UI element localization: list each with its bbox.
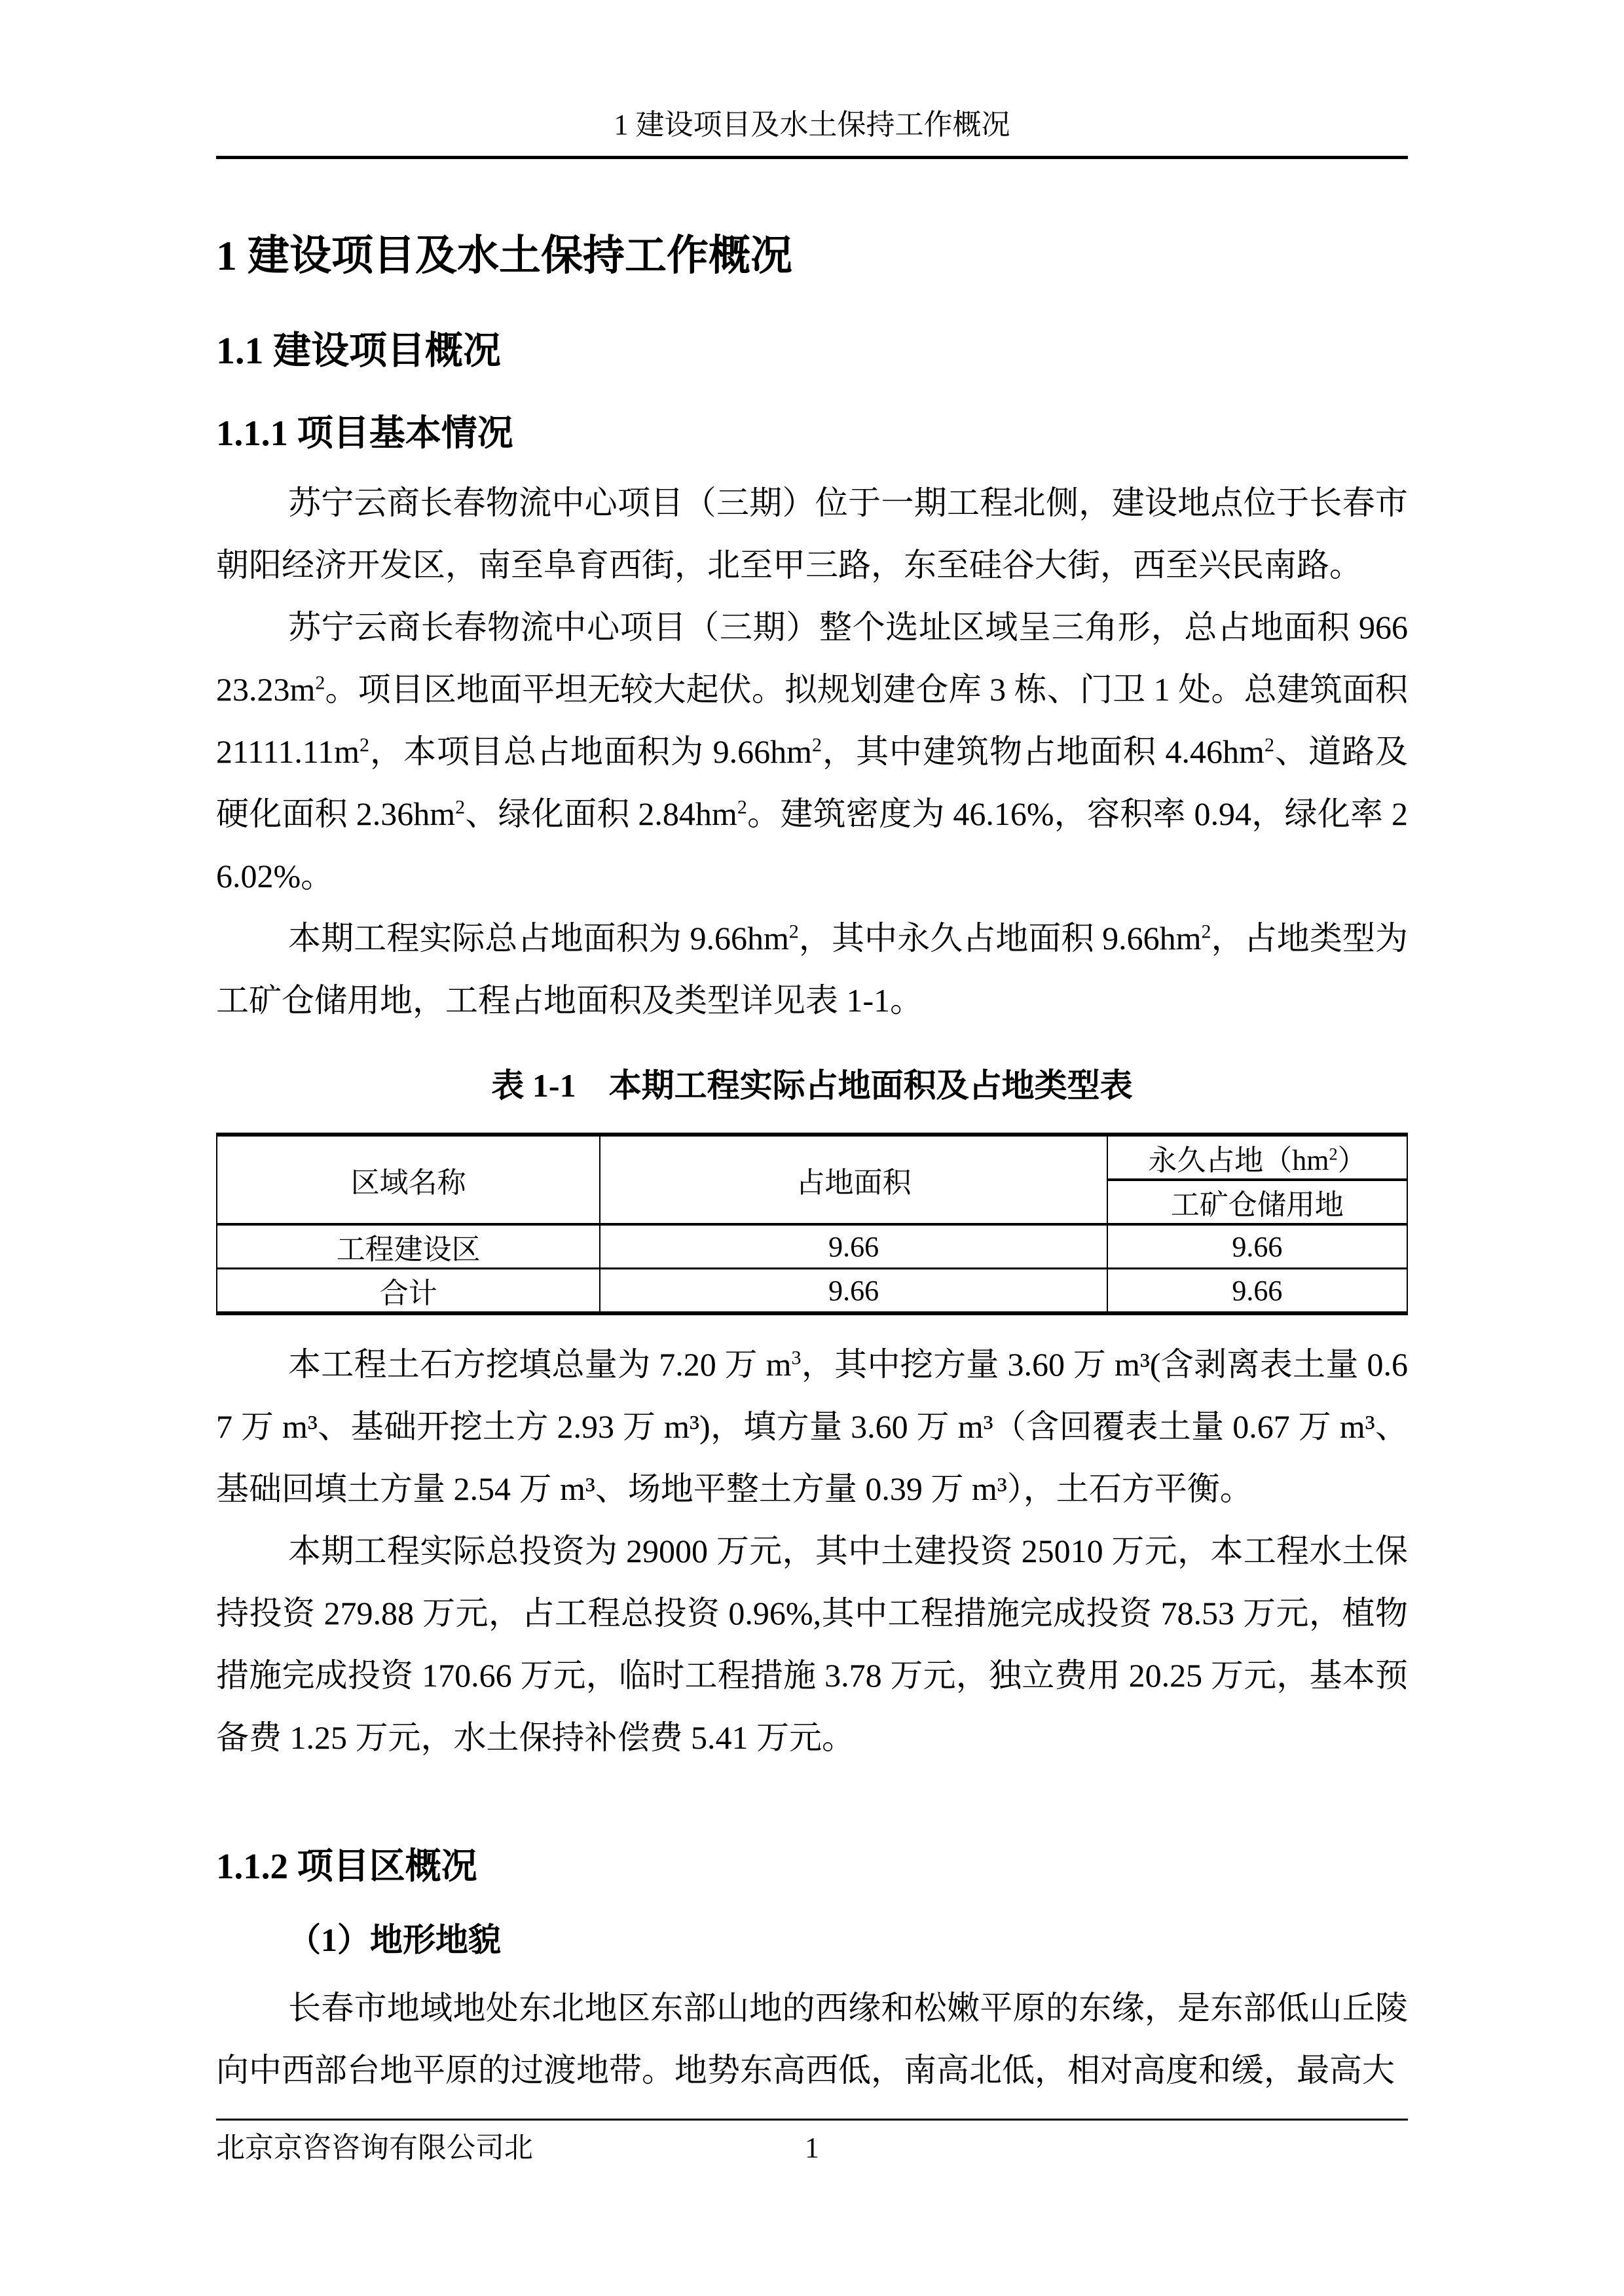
section-heading-1-1-2: 1.1.2 项目区概况 [216, 1846, 1408, 1887]
paragraph-investment: 本期工程实际总投资为 29000 万元，其中土建投资 25010 万元，本工程水… [216, 1520, 1408, 1769]
running-header-title: 1 建设项目及水土保持工作概况 [216, 0, 1408, 140]
header-rule [216, 156, 1408, 159]
chapter-heading: 1 建设项目及水土保持工作概况 [216, 232, 1408, 280]
table-row: 合计 9.66 9.66 [217, 1269, 1407, 1314]
paragraph-terrain: 长春市地域地处东北地区东部山地的西缘和松嫩平原的东缘，是东部低山丘陵向中西部台地… [216, 1977, 1408, 2102]
document-page: 1 建设项目及水土保持工作概况 1 建设项目及水土保持工作概况 1.1 建设项目… [0, 0, 1624, 2296]
table-1-1-caption: 表 1-1 本期工程实际占地面积及占地类型表 [216, 1066, 1408, 1105]
section-heading-1-1: 1.1 建设项目概况 [216, 329, 1408, 373]
paragraph-earthwork: 本工程土石方挖填总量为 7.20 万 m3，其中挖方量 3.60 万 m³(含剥… [216, 1334, 1408, 1520]
section-heading-1-1-1: 1.1.1 项目基本情况 [216, 413, 1408, 454]
table-cell-permanent: 9.66 [1107, 1269, 1407, 1314]
table-header-area: 占地面积 [600, 1135, 1107, 1224]
page-content: 1 建设项目及水土保持工作概况 1 建设项目及水土保持工作概况 1.1 建设项目… [0, 0, 1624, 2102]
paragraph-site-layout: 苏宁云商长春物流中心项目（三期）整个选址区域呈三角形，总占地面积 96623.2… [216, 596, 1408, 907]
table-cell-area: 9.66 [600, 1224, 1107, 1269]
table-row: 工程建设区 9.66 9.66 [217, 1224, 1407, 1269]
table-1-1: 区域名称 占地面积 永久占地（hm2） 工矿仓储用地 工程建设区 9.66 9.… [216, 1133, 1408, 1315]
page-footer: 北京京咨咨询有限公司北 1 [216, 2119, 1408, 2165]
table-cell-region: 工程建设区 [217, 1224, 600, 1269]
footer-page-number: 1 [216, 2131, 1408, 2165]
paragraph-land-use: 本期工程实际总占地面积为 9.66hm2，其中永久占地面积 9.66hm2，占地… [216, 907, 1408, 1032]
paragraph-location: 苏宁云商长春物流中心项目（三期）位于一期工程北侧，建设地点位于长春市朝阳经济开发… [216, 472, 1408, 596]
footer-row: 北京京咨咨询有限公司北 1 [216, 2121, 1408, 2165]
sub-heading-terrain: （1）地形地貌 [216, 1921, 1408, 1959]
table-header-permanent: 永久占地（hm2） [1107, 1135, 1407, 1180]
table-header-region: 区域名称 [217, 1135, 600, 1224]
table-header-permanent-sub: 工矿仓储用地 [1107, 1180, 1407, 1224]
table-cell-area: 9.66 [600, 1269, 1107, 1314]
table-cell-region: 合计 [217, 1269, 600, 1314]
table-cell-permanent: 9.66 [1107, 1224, 1407, 1269]
